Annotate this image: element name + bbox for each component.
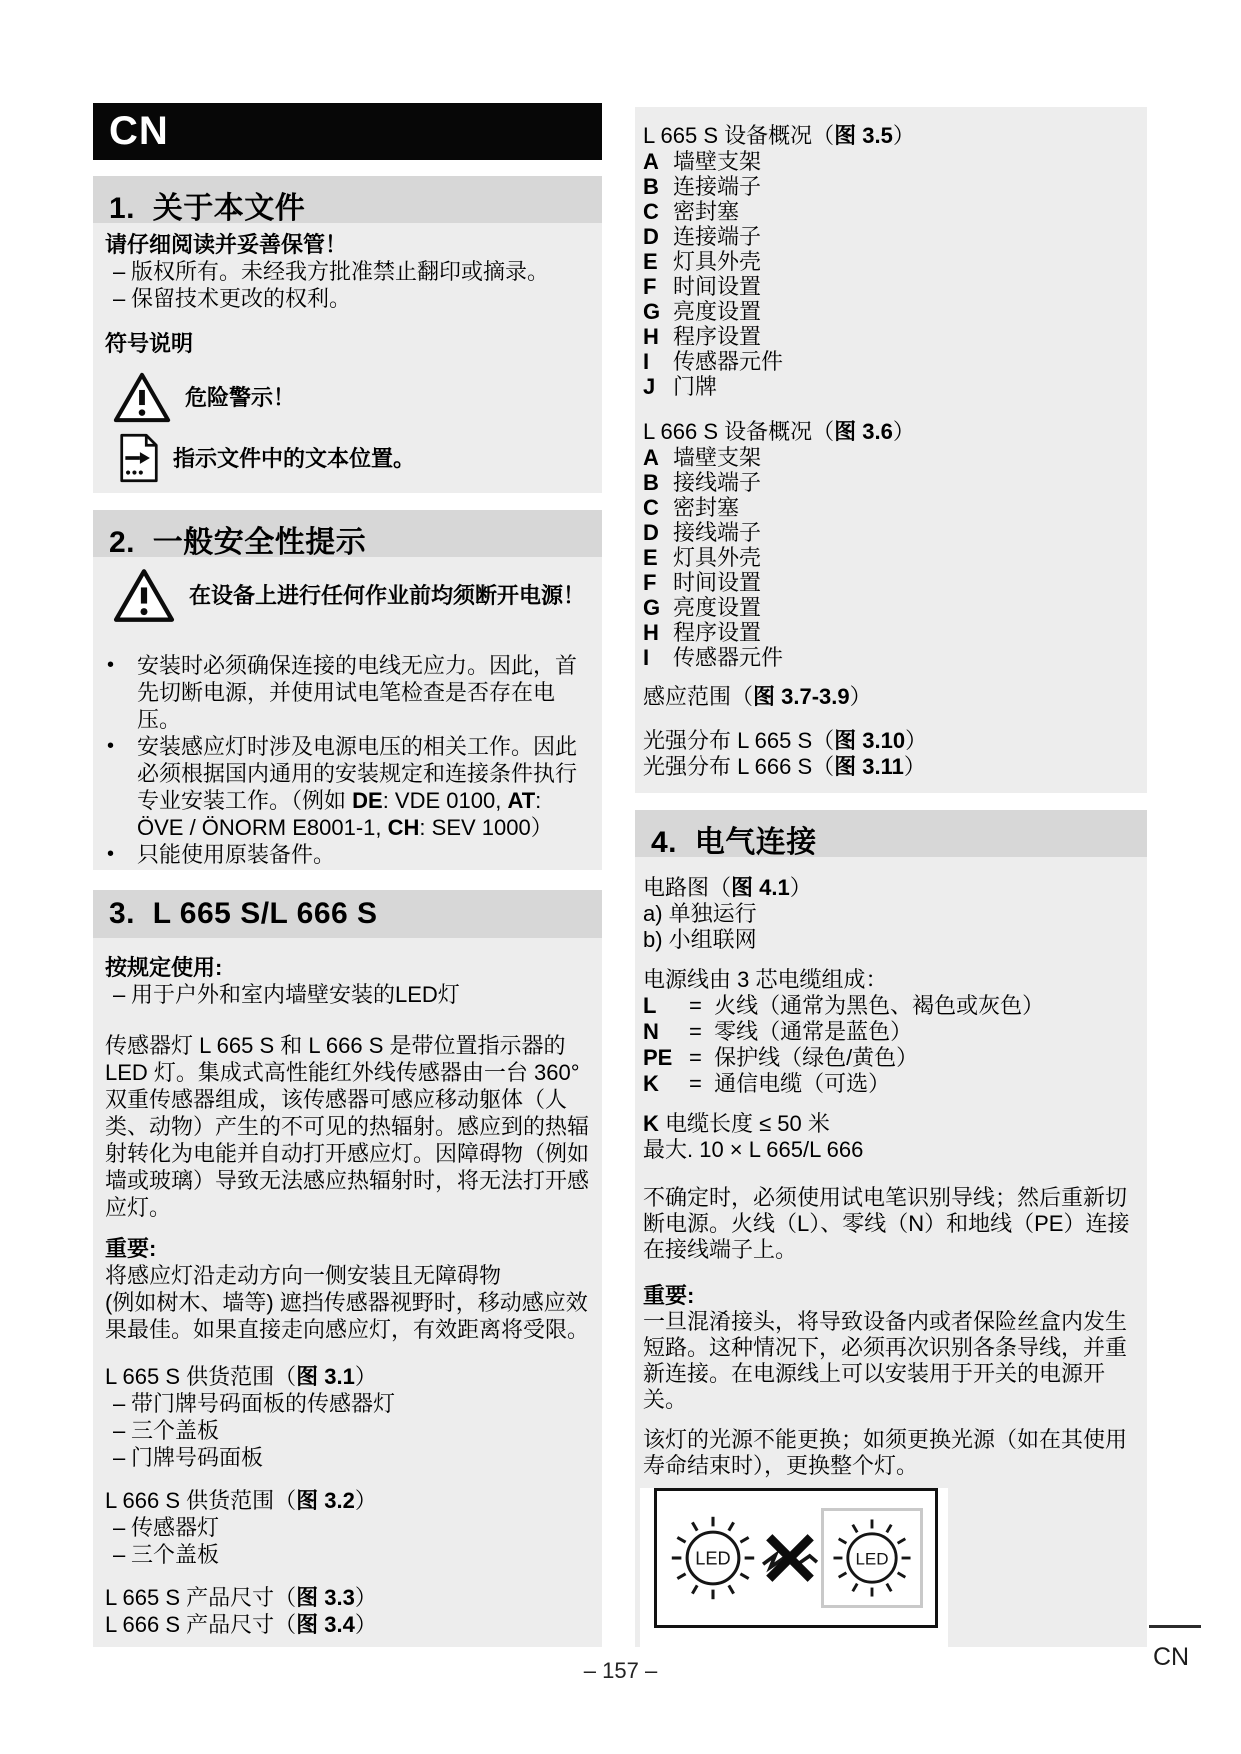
scope-item: –三个盖板 bbox=[105, 1541, 590, 1568]
corner-rule bbox=[1149, 1625, 1201, 1628]
device-overview-block: L 665 S 设备概况（图 3.5） A墙壁支架B连接端子C密封塞D连接端子E… bbox=[635, 107, 1147, 793]
bold-text: AT bbox=[507, 788, 535, 813]
section-3-heading: 3. L 665 S/L 666 S bbox=[93, 890, 602, 938]
text: 门牌号码面板 bbox=[131, 1445, 263, 1470]
text: L 666 S 产品尺寸（ bbox=[105, 1612, 296, 1637]
wire-legend-item: N= 零线（通常是蓝色） bbox=[643, 1019, 1137, 1045]
device-part-item: F时间设置 bbox=[643, 274, 1137, 299]
item-key: B bbox=[643, 174, 673, 199]
list-marker: – bbox=[113, 1444, 131, 1471]
text: 灯具外壳 bbox=[673, 545, 761, 570]
item-text: 三个盖板 bbox=[131, 1417, 590, 1444]
text: = 保护线（绿色/黄色） bbox=[689, 1045, 918, 1070]
device-part-item: H程序设置 bbox=[643, 620, 1137, 645]
text: 将感应灯沿走动方向一侧安装且无障碍物 bbox=[105, 1263, 501, 1288]
section-safety: 2. 一般安全性提示 在设备上进行任何作业前均须断开电源！ •安装时必须确保连接… bbox=[93, 510, 602, 870]
item-text: 光强分布 L 665 S（图 3.10） bbox=[643, 728, 1137, 754]
item-key: I bbox=[643, 645, 673, 670]
item-key: L bbox=[643, 993, 689, 1019]
safety-bullet: •安装感应灯时涉及电源电压的相关工作。因此必须根据国内通用的安装规定和连接条件执… bbox=[105, 733, 590, 841]
section-2-heading: 2. 一般安全性提示 bbox=[93, 510, 602, 557]
text: 光强分布 L 666 S（ bbox=[643, 754, 834, 779]
item-label: 接线端子 bbox=[673, 470, 1137, 495]
important-heading-2: 重要: bbox=[643, 1283, 1137, 1309]
scope-665-title: L 665 S 供货范围（图 3.1） bbox=[105, 1363, 590, 1390]
item-key: C bbox=[643, 495, 673, 520]
bold-text: DE bbox=[352, 788, 383, 813]
item-label: 密封塞 bbox=[673, 495, 1137, 520]
scope-666-title: L 666 S 供货范围（图 3.2） bbox=[105, 1487, 590, 1514]
k-cable-line: K 电缆长度 ≤ 50 米 bbox=[643, 1111, 1137, 1137]
bold-text: 图 3.7-3.9 bbox=[753, 684, 850, 709]
text: = 火线（通常为黑色、褐色或灰色） bbox=[689, 993, 1044, 1018]
text: ） bbox=[355, 1585, 377, 1610]
item-key: B bbox=[643, 470, 673, 495]
manual-page-cn: CN 1. 关于本文件 请仔细阅读并妥善保管！ –版权所有。未经我方批准禁止翻印… bbox=[0, 0, 1241, 1754]
item-label: 时间设置 bbox=[673, 274, 1137, 299]
device-part-item: I传感器元件 bbox=[643, 645, 1137, 670]
item-text: 版权所有。未经我方批准禁止翻印或摘录。 bbox=[131, 258, 590, 285]
text: : SEV 1000） bbox=[419, 815, 552, 840]
item-label: 传感器元件 bbox=[673, 349, 1137, 374]
copyright-item: –版权所有。未经我方批准禁止翻印或摘录。 bbox=[105, 258, 590, 285]
item-key: D bbox=[643, 224, 673, 249]
intended-use-heading: 按规定使用: bbox=[105, 954, 590, 981]
item-key: I bbox=[643, 349, 673, 374]
device-overview-content: L 665 S 设备概况（图 3.5） A墙壁支架B连接端子C密封塞D连接端子E… bbox=[635, 107, 1147, 780]
crossed-out-replacement-icon bbox=[761, 1529, 819, 1587]
text: L 665 S 设备概况（ bbox=[643, 123, 834, 148]
text: 感应范围（ bbox=[643, 684, 753, 709]
text: ） bbox=[905, 728, 927, 753]
text: 安装时必须确保连接的电线无应力。因此，首先切断电源，并使用试电笔检查是否存在电压… bbox=[137, 653, 577, 732]
text: b) 小组联网 bbox=[643, 927, 757, 952]
bold-text: 图 3.1 bbox=[296, 1364, 355, 1389]
item-text: 只能使用原装备件。 bbox=[137, 841, 590, 868]
circuit-line: b) 小组联网 bbox=[643, 927, 1137, 953]
safety-bullet: •维修作业只能由专业工厂进行。 bbox=[105, 868, 590, 870]
device-part-item: I传感器元件 bbox=[643, 349, 1137, 374]
bold-text: 图 3.5 bbox=[834, 123, 893, 148]
item-key: PE bbox=[643, 1045, 689, 1071]
text: = 零线（通常是蓝色） bbox=[689, 1019, 912, 1044]
light-distribution-line: 光强分布 L 665 S（图 3.10） bbox=[643, 728, 1137, 754]
overview-666-list: A墙壁支架B接线端子C密封塞D接线端子E灯具外壳F时间设置G亮度设置H程序设置I… bbox=[643, 445, 1137, 670]
item-label: 接线端子 bbox=[673, 520, 1137, 545]
item-key: H bbox=[643, 620, 673, 645]
bold-text: 图 4.1 bbox=[731, 875, 790, 900]
device-part-item: E灯具外壳 bbox=[643, 249, 1137, 274]
item-key: E bbox=[643, 249, 673, 274]
item-text: b) 小组联网 bbox=[643, 927, 1137, 953]
text: 电路图（ bbox=[643, 875, 731, 900]
bold-text: 图 3.11 bbox=[834, 754, 904, 779]
text: L 665 S 产品尺寸（ bbox=[105, 1585, 296, 1610]
item-text: 带门牌号码面板的传感器灯 bbox=[131, 1390, 590, 1417]
scope-665-list: –带门牌号码面板的传感器灯–三个盖板–门牌号码面板 bbox=[105, 1390, 590, 1471]
device-part-item: B接线端子 bbox=[643, 470, 1137, 495]
text: 三个盖板 bbox=[131, 1542, 219, 1567]
item-text: 三个盖板 bbox=[131, 1541, 590, 1568]
item-text: 光强分布 L 666 S（图 3.11） bbox=[643, 754, 1137, 780]
text: 用于户外和室内墙壁安装的LED灯 bbox=[131, 982, 460, 1007]
item-label: 连接端子 bbox=[673, 174, 1137, 199]
text: 传感器元件 bbox=[673, 349, 783, 374]
item-label: 门牌 bbox=[673, 374, 1137, 399]
item-label: 灯具外壳 bbox=[673, 545, 1137, 570]
list-marker: • bbox=[105, 652, 137, 679]
warning-triangle-icon bbox=[113, 371, 171, 424]
text-position-symbol-row: 指示文件中的文本位置。 bbox=[105, 432, 590, 484]
text: 亮度设置 bbox=[673, 595, 761, 620]
device-part-item: A墙壁支架 bbox=[643, 149, 1137, 174]
section-2-content: 在设备上进行任何作业前均须断开电源！ •安装时必须确保连接的电线无应力。因此，首… bbox=[93, 557, 602, 870]
overview-665-list: A墙壁支架B连接端子C密封塞D连接端子E灯具外壳F时间设置G亮度设置H程序设置I… bbox=[643, 149, 1137, 399]
bold-text: 图 3.6 bbox=[834, 419, 893, 444]
text: 版权所有。未经我方批准禁止翻印或摘录。 bbox=[131, 259, 549, 284]
item-label: 程序设置 bbox=[673, 324, 1137, 349]
text: L 666 S 供货范围（ bbox=[105, 1488, 296, 1513]
danger-label: 危险警示！ bbox=[185, 384, 295, 411]
list-marker: – bbox=[113, 981, 131, 1008]
product-description: 传感器灯 L 665 S 和 L 666 S 是带位置指示器的 LED 灯。集成… bbox=[105, 1032, 590, 1221]
dimension-line: L 665 S 产品尺寸（图 3.3） bbox=[105, 1584, 590, 1611]
list-marker: – bbox=[113, 1417, 131, 1444]
text: 传感器元件 bbox=[673, 645, 783, 670]
device-part-item: F时间设置 bbox=[643, 570, 1137, 595]
device-part-item: H程序设置 bbox=[643, 324, 1137, 349]
symbols-heading: 符号说明 bbox=[105, 330, 590, 357]
text: 只能使用原装备件。 bbox=[137, 842, 335, 867]
device-part-item: G亮度设置 bbox=[643, 299, 1137, 324]
lamp-replacement-paragraph: 该灯的光源不能更换；如须更换光源（如在其使用寿命结束时），更换整个灯。 bbox=[643, 1427, 1137, 1479]
important-note: 将感应灯沿走动方向一侧安装且无障碍物(例如树木、墙等) 遮挡传感器视野时，移动感… bbox=[105, 1262, 590, 1343]
text: 连接端子 bbox=[673, 224, 761, 249]
replacement-lamp-frame: LED bbox=[821, 1508, 923, 1608]
scope-666-list: –传感器灯–三个盖板 bbox=[105, 1514, 590, 1568]
item-label: 墙壁支架 bbox=[673, 445, 1137, 470]
warning-triangle-icon bbox=[113, 567, 175, 624]
text: 密封塞 bbox=[673, 495, 739, 520]
document-text-position-icon bbox=[119, 432, 159, 484]
power-warning-label: 在设备上进行任何作业前均须断开电源！ bbox=[189, 582, 585, 609]
item-key: A bbox=[643, 445, 673, 470]
list-marker: – bbox=[113, 285, 131, 312]
text: 墙壁支架 bbox=[673, 445, 761, 470]
overview-666-title: L 666 S 设备概况（图 3.6） bbox=[643, 419, 1137, 445]
item-label: 程序设置 bbox=[673, 620, 1137, 645]
list-marker: • bbox=[105, 868, 137, 870]
item-key: F bbox=[643, 274, 673, 299]
device-part-item: C密封塞 bbox=[643, 199, 1137, 224]
item-text: 门牌号码面板 bbox=[131, 1444, 590, 1471]
item-label: 墙壁支架 bbox=[673, 149, 1137, 174]
intended-use-item: –用于户外和室内墙壁安装的LED灯 bbox=[105, 981, 590, 1008]
item-label: = 零线（通常是蓝色） bbox=[689, 1019, 1137, 1045]
bold-text: 图 3.2 bbox=[296, 1488, 355, 1513]
device-part-item: B连接端子 bbox=[643, 174, 1137, 199]
item-text: 电路图（图 4.1） bbox=[643, 875, 1137, 901]
section-1-content: 请仔细阅读并妥善保管！ –版权所有。未经我方批准禁止翻印或摘录。–保留技术更改的… bbox=[93, 223, 602, 484]
important-paragraph: 一旦混淆接头，将导致设备内或者保险丝盒内发生短路。这种情况下，必须再次识别各条导… bbox=[643, 1309, 1137, 1413]
section-4-content: 电路图（图 4.1）a) 单独运行b) 小组联网 电源线由 3 芯电缆组成： L… bbox=[635, 857, 1147, 1647]
item-label: 密封塞 bbox=[673, 199, 1137, 224]
text: 程序设置 bbox=[673, 324, 761, 349]
circuit-line: 电路图（图 4.1） bbox=[643, 875, 1137, 901]
text: 传感器灯 bbox=[131, 1515, 219, 1540]
text-position-label: 指示文件中的文本位置。 bbox=[173, 445, 415, 472]
item-text: (例如树木、墙等) 遮挡传感器视野时，移动感应效果最佳。如果直接走向感应灯，有效… bbox=[105, 1289, 590, 1343]
item-label: 传感器元件 bbox=[673, 645, 1137, 670]
item-text: K 电缆长度 ≤ 50 米 bbox=[643, 1111, 1137, 1137]
k-cable-line: 最大. 10 × L 665/L 666 bbox=[643, 1137, 1137, 1163]
item-label: 时间设置 bbox=[673, 570, 1137, 595]
item-key: G bbox=[643, 299, 673, 324]
intended-use-list: –用于户外和室内墙壁安装的LED灯 bbox=[105, 981, 590, 1008]
bold-text: 图 3.4 bbox=[296, 1612, 355, 1637]
safety-bullet: •安装时必须确保连接的电线无应力。因此，首先切断电源，并使用试电笔检查是否存在电… bbox=[105, 652, 590, 733]
text: 墙壁支架 bbox=[673, 149, 761, 174]
item-key: G bbox=[643, 595, 673, 620]
device-part-item: J门牌 bbox=[643, 374, 1137, 399]
text: 光强分布 L 665 S（ bbox=[643, 728, 834, 753]
item-text: 传感器灯 bbox=[131, 1514, 590, 1541]
led-label: LED bbox=[855, 1549, 888, 1568]
item-key: N bbox=[643, 1019, 689, 1045]
text: ） bbox=[850, 684, 872, 709]
circuit-diagram-lines: 电路图（图 4.1）a) 单独运行b) 小组联网 bbox=[643, 875, 1137, 953]
item-label: 灯具外壳 bbox=[673, 249, 1137, 274]
text: ） bbox=[355, 1488, 377, 1513]
item-key: A bbox=[643, 149, 673, 174]
bold-text: CH bbox=[388, 815, 420, 840]
item-text: 维修作业只能由专业工厂进行。 bbox=[137, 868, 590, 870]
cable-intro-line: 电源线由 3 芯电缆组成： bbox=[643, 967, 1137, 993]
section-about-document: 1. 关于本文件 请仔细阅读并妥善保管！ –版权所有。未经我方批准禁止翻印或摘录… bbox=[93, 176, 602, 493]
item-text: 安装时必须确保连接的电线无应力。因此，首先切断电源，并使用试电笔检查是否存在电压… bbox=[137, 652, 590, 733]
safety-bullet: •只能使用原装备件。 bbox=[105, 841, 590, 868]
identify-wires-paragraph: 不确定时，必须使用试电笔识别导线；然后重新切断电源。火线（L）、零线（N）和地线… bbox=[643, 1185, 1137, 1263]
item-text: L 666 S 产品尺寸（图 3.4） bbox=[105, 1611, 590, 1638]
text: 时间设置 bbox=[673, 274, 761, 299]
item-text: a) 单独运行 bbox=[643, 901, 1137, 927]
led-figure-frame: LED bbox=[654, 1488, 938, 1628]
item-text: 用于户外和室内墙壁安装的LED灯 bbox=[131, 981, 590, 1008]
item-label: = 火线（通常为黑色、褐色或灰色） bbox=[689, 993, 1137, 1019]
item-key: C bbox=[643, 199, 673, 224]
text: a) 单独运行 bbox=[643, 901, 757, 926]
device-part-item: C密封塞 bbox=[643, 495, 1137, 520]
item-label: = 保护线（绿色/黄色） bbox=[689, 1045, 1137, 1071]
scope-item: –三个盖板 bbox=[105, 1417, 590, 1444]
list-marker: • bbox=[105, 841, 137, 868]
led-bulb-icon: LED bbox=[829, 1515, 915, 1601]
led-replacement-figure: LED bbox=[640, 1488, 948, 1647]
section-electrical: 4. 电气连接 电路图（图 4.1）a) 单独运行b) 小组联网 电源线由 3 … bbox=[635, 810, 1147, 1647]
item-key: F bbox=[643, 570, 673, 595]
text: 维修作业只能由专业工厂进行。 bbox=[137, 869, 445, 870]
device-part-item: D连接端子 bbox=[643, 224, 1137, 249]
safety-bullet-list: •安装时必须确保连接的电线无应力。因此，首先切断电源，并使用试电笔检查是否存在电… bbox=[105, 652, 590, 870]
item-label: = 通信电缆（可选） bbox=[689, 1071, 1137, 1097]
text: 程序设置 bbox=[673, 620, 761, 645]
wire-legend-list: L= 火线（通常为黑色、褐色或灰色）N= 零线（通常是蓝色）PE= 保护线（绿色… bbox=[643, 993, 1137, 1097]
device-part-item: D接线端子 bbox=[643, 520, 1137, 545]
bold-text: 图 3.10 bbox=[834, 728, 905, 753]
light-distribution-lines: 光强分布 L 665 S（图 3.10）光强分布 L 666 S（图 3.11） bbox=[643, 728, 1137, 780]
copyright-list: –版权所有。未经我方批准禁止翻印或摘录。–保留技术更改的权利。 bbox=[105, 258, 590, 312]
section-3-content: 按规定使用: –用于户外和室内墙壁安装的LED灯 传感器灯 L 665 S 和 … bbox=[93, 938, 602, 1638]
text: L 666 S 设备概况（ bbox=[643, 419, 834, 444]
text: = 通信电缆（可选） bbox=[689, 1071, 890, 1096]
important-note-line: 将感应灯沿走动方向一侧安装且无障碍物 bbox=[105, 1262, 590, 1289]
text: 连接端子 bbox=[673, 174, 761, 199]
item-key: H bbox=[643, 324, 673, 349]
item-text: 将感应灯沿走动方向一侧安装且无障碍物 bbox=[105, 1262, 590, 1289]
text: 接线端子 bbox=[673, 470, 761, 495]
section-4-heading: 4. 电气连接 bbox=[635, 810, 1147, 857]
text: ） bbox=[904, 754, 926, 779]
wire-legend-item: L= 火线（通常为黑色、褐色或灰色） bbox=[643, 993, 1137, 1019]
text: : VDE 0100, bbox=[383, 788, 508, 813]
device-part-item: G亮度设置 bbox=[643, 595, 1137, 620]
item-text: 保留技术更改的权利。 bbox=[131, 285, 590, 312]
text: 接线端子 bbox=[673, 520, 761, 545]
text: ） bbox=[790, 875, 812, 900]
bold-text: 图 3.3 bbox=[296, 1585, 355, 1610]
list-marker: • bbox=[105, 733, 137, 760]
led-label: LED bbox=[695, 1549, 730, 1569]
list-marker: – bbox=[113, 1541, 131, 1568]
scope-item: –门牌号码面板 bbox=[105, 1444, 590, 1471]
circuit-line: a) 单独运行 bbox=[643, 901, 1137, 927]
text: 电缆长度 ≤ 50 米 bbox=[659, 1111, 830, 1136]
danger-symbol-row: 危险警示！ bbox=[105, 371, 590, 424]
text: 保留技术更改的权利。 bbox=[131, 286, 351, 311]
item-text: L 665 S 产品尺寸（图 3.3） bbox=[105, 1584, 590, 1611]
text: ） bbox=[355, 1612, 377, 1637]
led-bulb-icon: LED bbox=[667, 1512, 759, 1604]
overview-665-title: L 665 S 设备概况（图 3.5） bbox=[643, 123, 1137, 149]
text: 门牌 bbox=[673, 374, 717, 399]
text: 灯具外壳 bbox=[673, 249, 761, 274]
light-distribution-line: 光强分布 L 666 S（图 3.11） bbox=[643, 754, 1137, 780]
device-part-item: A墙壁支架 bbox=[643, 445, 1137, 470]
item-text: 安装感应灯时涉及电源电压的相关工作。因此必须根据国内通用的安装规定和连接条件执行… bbox=[137, 733, 590, 841]
dimensions-lines: L 665 S 产品尺寸（图 3.3）L 666 S 产品尺寸（图 3.4） bbox=[105, 1584, 590, 1638]
text: 亮度设置 bbox=[673, 299, 761, 324]
item-label: 亮度设置 bbox=[673, 595, 1137, 620]
detection-range-line: 感应范围（图 3.7-3.9） bbox=[643, 684, 1137, 710]
item-key: D bbox=[643, 520, 673, 545]
text: (例如树木、墙等) 遮挡传感器视野时，移动感应效果最佳。如果直接走向感应灯，有效… bbox=[105, 1290, 589, 1342]
list-marker: – bbox=[113, 1390, 131, 1417]
corner-language-tag: CN bbox=[1153, 1643, 1189, 1672]
section-product: 3. L 665 S/L 666 S 按规定使用: –用于户外和室内墙壁安装的L… bbox=[93, 890, 602, 1647]
text: 密封塞 bbox=[673, 199, 739, 224]
scope-item: –传感器灯 bbox=[105, 1514, 590, 1541]
read-keep-note: 请仔细阅读并妥善保管！ bbox=[105, 231, 590, 258]
language-bar: CN bbox=[93, 103, 602, 160]
text: ） bbox=[893, 123, 915, 148]
list-marker: – bbox=[113, 258, 131, 285]
item-label: 亮度设置 bbox=[673, 299, 1137, 324]
section-1-heading: 1. 关于本文件 bbox=[93, 176, 602, 223]
text: ） bbox=[893, 419, 915, 444]
text: ） bbox=[355, 1364, 377, 1389]
copyright-item: –保留技术更改的权利。 bbox=[105, 285, 590, 312]
language-bar-label: CN bbox=[109, 109, 169, 154]
item-label: 连接端子 bbox=[673, 224, 1137, 249]
item-key: J bbox=[643, 374, 673, 399]
item-key: E bbox=[643, 545, 673, 570]
dimension-line: L 666 S 产品尺寸（图 3.4） bbox=[105, 1611, 590, 1638]
list-marker: – bbox=[113, 1514, 131, 1541]
power-warning-row: 在设备上进行任何作业前均须断开电源！ bbox=[105, 567, 590, 624]
device-part-item: E灯具外壳 bbox=[643, 545, 1137, 570]
text: 带门牌号码面板的传感器灯 bbox=[131, 1391, 395, 1416]
page-number: – 157 – bbox=[0, 1658, 1241, 1684]
item-key: K bbox=[643, 1071, 689, 1097]
item-text: 最大. 10 × L 665/L 666 bbox=[643, 1137, 1137, 1163]
text: L 665 S 供货范围（ bbox=[105, 1364, 296, 1389]
important-heading: 重要: bbox=[105, 1235, 590, 1262]
k-cable-lines: K 电缆长度 ≤ 50 米最大. 10 × L 665/L 666 bbox=[643, 1111, 1137, 1163]
wire-legend-item: PE= 保护线（绿色/黄色） bbox=[643, 1045, 1137, 1071]
text: 三个盖板 bbox=[131, 1418, 219, 1443]
scope-item: –带门牌号码面板的传感器灯 bbox=[105, 1390, 590, 1417]
bold-text: K bbox=[643, 1111, 659, 1136]
text: 最大. 10 × L 665/L 666 bbox=[643, 1137, 863, 1162]
important-note-line: (例如树木、墙等) 遮挡传感器视野时，移动感应效果最佳。如果直接走向感应灯，有效… bbox=[105, 1289, 590, 1343]
wire-legend-item: K= 通信电缆（可选） bbox=[643, 1071, 1137, 1097]
text: 时间设置 bbox=[673, 570, 761, 595]
